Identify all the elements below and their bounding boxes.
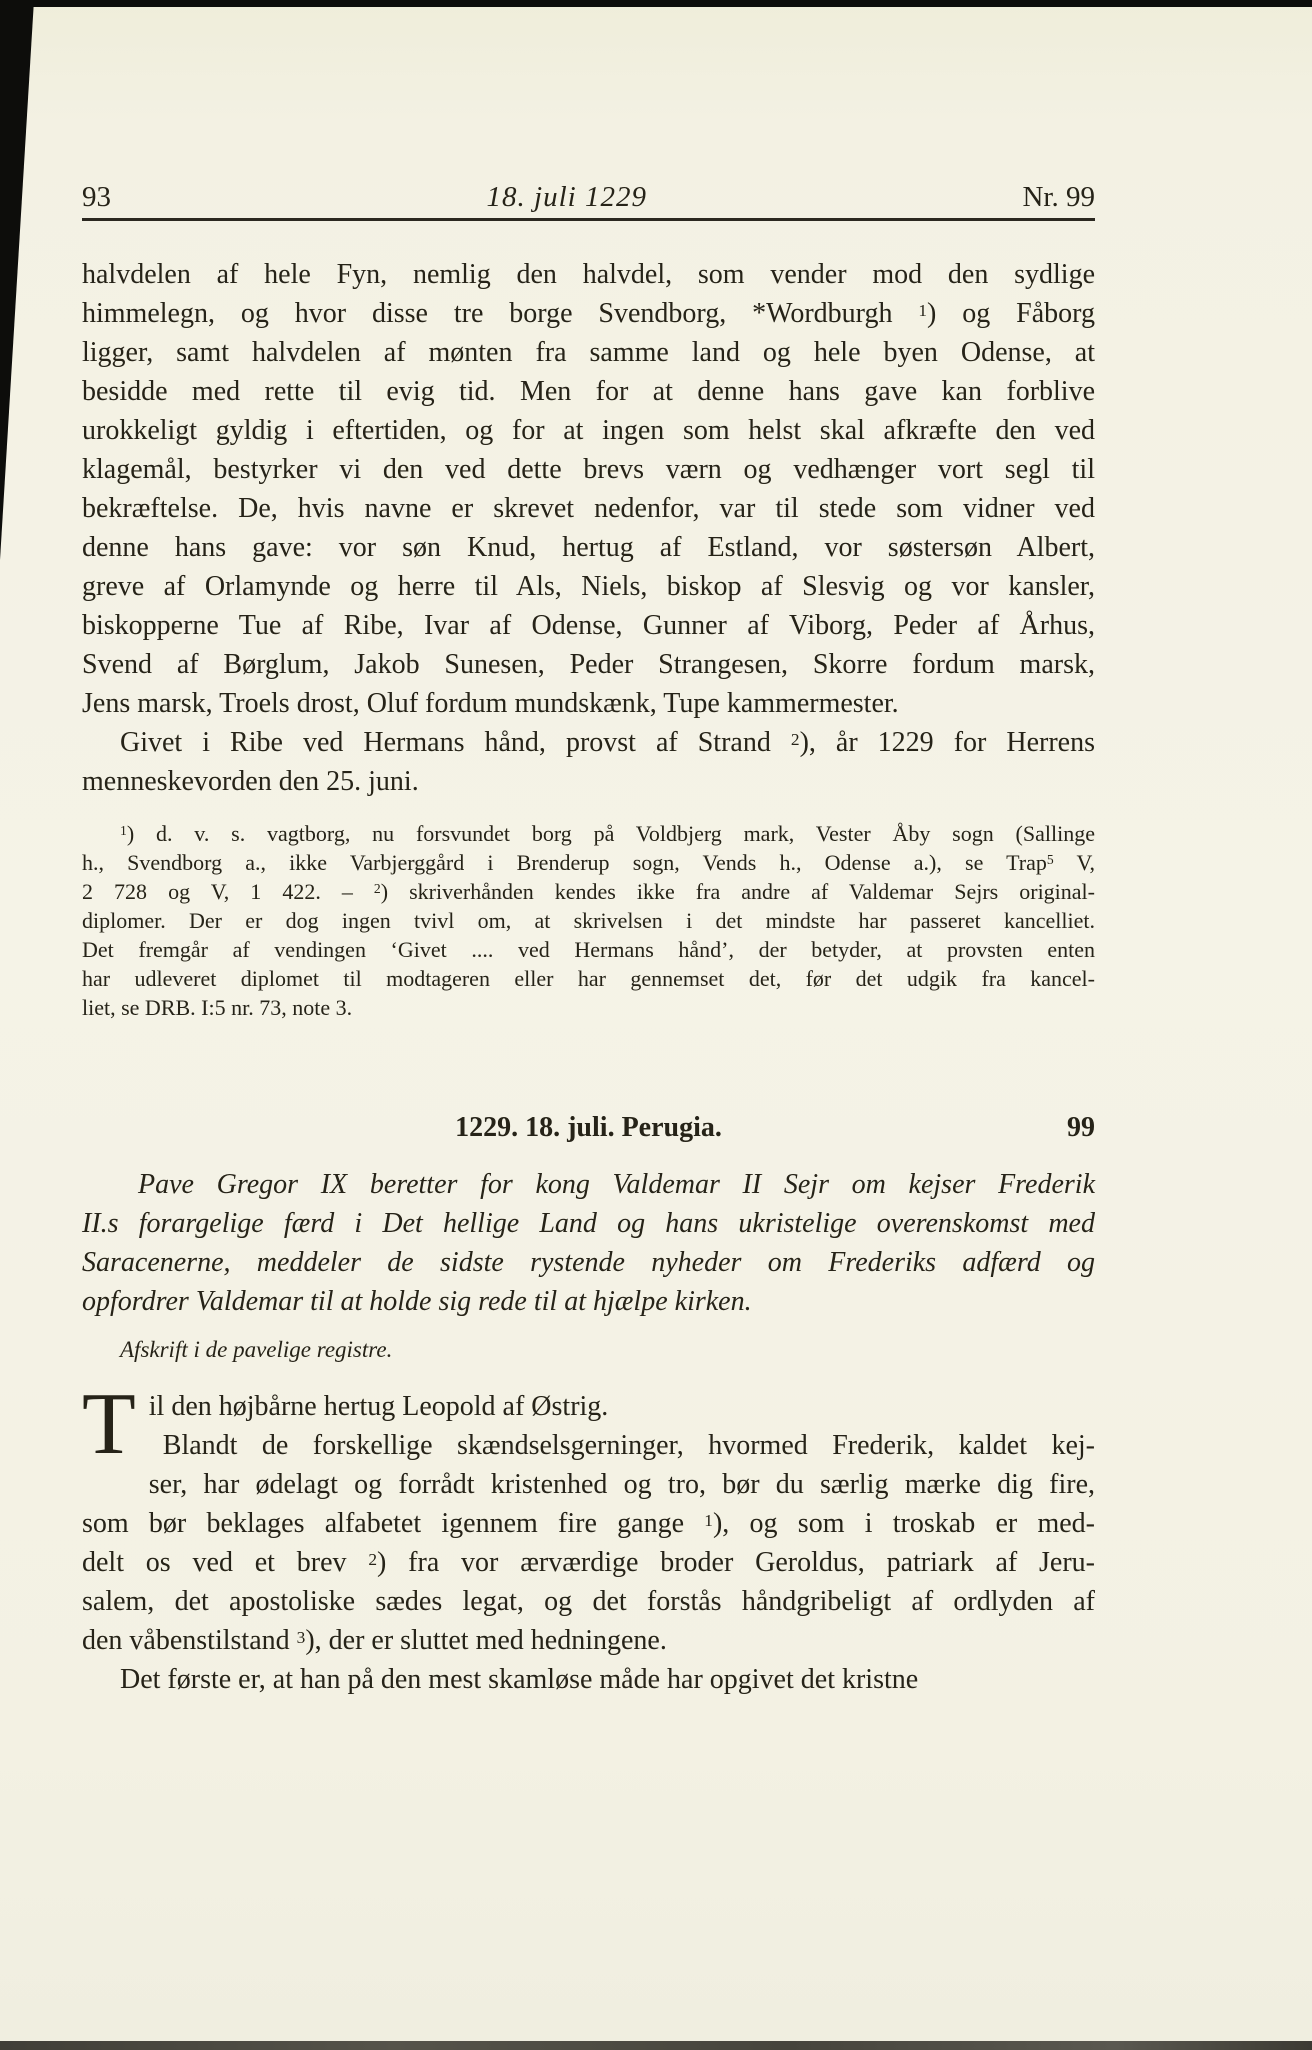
text-segment: Pave Gregor IX beretter for kong Valdema… (138, 1169, 1095, 1200)
text-segment: ), år 1229 for Herrens (800, 727, 1095, 758)
text-segment: ) fra vor ærværdige broder Geroldus, pat… (377, 1547, 1095, 1578)
text-line: 1) d. v. s. vagtborg, nu forsvundet borg… (82, 819, 1095, 848)
text-line: har udleveret diplomet til modtageren el… (82, 964, 1095, 993)
text-line: klagemål, bestyrker vi den ved dette bre… (82, 450, 1095, 489)
text-line: h., Svendborg a., ikke Varbjerggård i Br… (82, 848, 1095, 877)
header-date: 18. juli 1229 (487, 181, 647, 213)
text-line: salem, det apostoliske sædes legat, og d… (82, 1582, 1095, 1621)
footnote-marker: 2 (374, 881, 381, 896)
text-line: besidde med rette til evig tid. Men for … (82, 372, 1095, 411)
text-segment: ligger, samt halvdelen af mønten fra sam… (82, 337, 1095, 368)
text-segment: urokkeligt gyldig i eftertiden, og for a… (82, 415, 1095, 446)
text-segment: Det fremgår af vendingen ‘Givet .... ved… (82, 937, 1095, 962)
text-segment: liet, se DRB. I:5 nr. 73, note 3. (82, 995, 352, 1020)
text-segment: ), der er sluttet med hedningene. (305, 1625, 667, 1656)
text-segment: salem, det apostoliske sædes legat, og d… (82, 1586, 1095, 1617)
text-line: himmelegn, og hvor disse tre borge Svend… (82, 294, 1095, 333)
text-line: bekræftelse. De, hvis navne er skrevet n… (82, 489, 1095, 528)
text-segment: Saracenerne, meddeler de sidste rystende… (82, 1247, 1095, 1278)
text-line: som bør beklages alfabetet igennem fire … (82, 1504, 1095, 1543)
text-segment: himmelegn, og hvor disse tre borge Svend… (82, 298, 918, 329)
text-segment: greve af Orlamynde og herre til Als, Nie… (82, 571, 1095, 602)
text-segment: har udleveret diplomet til modtageren el… (82, 966, 1095, 991)
text-line: delt os ved et brev 2) fra vor ærværdige… (82, 1543, 1095, 1582)
text-segment: ) skriverhånden kendes ikke fra andre af… (381, 879, 1095, 904)
text-segment: denne hans gave: vor søn Knud, hertug af… (82, 532, 1095, 563)
footnote-marker: 5 (1047, 852, 1054, 867)
entry-99-number: 99 (1067, 1108, 1095, 1147)
scan-edge-top (0, 0, 1312, 7)
page-content: 93 18. juli 1229 Nr. 99 halvdelen af hel… (82, 181, 1095, 1699)
entry-98-dating: Givet i Ribe ved Hermans hånd, provst af… (82, 723, 1095, 801)
text-segment: delt os ved et brev (82, 1547, 368, 1578)
text-line: menneskevorden den 25. juni. (82, 762, 1095, 801)
text-line: denne hans gave: vor søn Knud, hertug af… (82, 528, 1095, 567)
text-segment: som bør beklages alfabetet igennem fire … (82, 1508, 704, 1539)
text-segment: Det første er, at han på den mest skamlø… (120, 1664, 918, 1695)
page-number: 93 (82, 181, 111, 213)
entry-99-source-note: Afskrift i de pavelige registre. (82, 1335, 1095, 1365)
text-line: urokkeligt gyldig i eftertiden, og for a… (82, 411, 1095, 450)
text-segment: biskopperne Tue af Ribe, Ivar af Odense,… (82, 610, 1095, 641)
text-segment: h., Svendborg a., ikke Varbjerggård i Br… (82, 850, 1047, 875)
text-line: Blandt de forskellige skændselsgerninger… (82, 1426, 1095, 1465)
text-segment: 2 728 og V, 1 422. – (82, 879, 374, 904)
text-segment: V, (1054, 850, 1095, 875)
footnote-marker: 2 (791, 730, 800, 749)
entry-99-summary: Pave Gregor IX beretter for kong Valdema… (82, 1165, 1095, 1321)
drop-cap: T (82, 1387, 149, 1467)
text-line: den våbenstilstand 3), der er sluttet me… (82, 1621, 1095, 1660)
text-line: opfordrer Valdemar til at holde sig rede… (82, 1282, 1095, 1321)
scan-edge-bottom (0, 2041, 1312, 2050)
letter-body-lines: ser, har ødelagt og forrådt kristenhed o… (82, 1465, 1095, 1699)
text-line: 2 728 og V, 1 422. – 2) skriverhånden ke… (82, 877, 1095, 906)
text-segment: il den højbårne hertug Leopold af Østrig… (149, 1391, 609, 1422)
text-segment: II.s forargelige færd i Det hellige Land… (82, 1208, 1095, 1239)
scan-edge-corner (0, 0, 34, 560)
text-segment: den våbenstilstand (82, 1625, 297, 1656)
entry-98-footnotes: 1) d. v. s. vagtborg, nu forsvundet borg… (82, 819, 1095, 1022)
text-line: Pave Gregor IX beretter for kong Valdema… (82, 1165, 1095, 1204)
text-line: diplomer. Der er dog ingen tvivl om, at … (82, 906, 1095, 935)
footnote-marker: 1 (918, 301, 927, 320)
text-line: liet, se DRB. I:5 nr. 73, note 3. (82, 993, 1095, 1022)
text-line: Det første er, at han på den mest skamlø… (82, 1660, 1095, 1699)
header-entry-number: Nr. 99 (1022, 181, 1095, 213)
entry-98-body: halvdelen af hele Fyn, nemlig den halvde… (82, 255, 1095, 723)
text-segment: ) d. v. s. vagtborg, nu forsvundet borg … (127, 821, 1095, 846)
text-line: biskopperne Tue af Ribe, Ivar af Odense,… (82, 606, 1095, 645)
text-line: il den højbårne hertug Leopold af Østrig… (82, 1387, 1095, 1426)
text-segment: ), og som i troskab er med- (713, 1508, 1095, 1539)
text-segment: opfordrer Valdemar til at holde sig rede… (82, 1286, 752, 1317)
text-segment: Svend af Børglum, Jakob Sunesen, Peder S… (82, 649, 1095, 680)
footnote-marker: 3 (297, 1628, 306, 1647)
text-line: ser, har ødelagt og forrådt kristenhed o… (82, 1465, 1095, 1504)
text-line: II.s forargelige færd i Det hellige Land… (82, 1204, 1095, 1243)
footnote-marker: 1 (120, 823, 127, 838)
text-segment: besidde med rette til evig tid. Men for … (82, 376, 1095, 407)
text-line: Givet i Ribe ved Hermans hånd, provst af… (82, 723, 1095, 762)
letter-opening-lines: il den højbårne hertug Leopold af Østrig… (82, 1387, 1095, 1465)
entry-99-letter: T il den højbårne hertug Leopold af Østr… (82, 1387, 1095, 1699)
footnote-marker: 1 (704, 1511, 713, 1530)
text-segment: diplomer. Der er dog ingen tvivl om, at … (82, 908, 1095, 933)
text-segment: Givet i Ribe ved Hermans hånd, provst af… (120, 727, 791, 758)
text-segment: Blandt de forskellige skændselsgerninger… (163, 1430, 1095, 1461)
text-segment: menneskevorden den 25. juni. (82, 766, 419, 797)
text-segment: klagemål, bestyrker vi den ved dette bre… (82, 454, 1095, 485)
text-segment: Jens marsk, Troels drost, Oluf fordum mu… (82, 688, 899, 719)
text-segment: bekræftelse. De, hvis navne er skrevet n… (82, 493, 1095, 524)
letter-opening: T il den højbårne hertug Leopold af Østr… (82, 1387, 1095, 1465)
text-line: greve af Orlamynde og herre til Als, Nie… (82, 567, 1095, 606)
entry-99-heading-text: 1229. 18. juli. Perugia. (455, 1112, 722, 1143)
text-line: Svend af Børglum, Jakob Sunesen, Peder S… (82, 645, 1095, 684)
text-segment: ser, har ødelagt og forrådt kristenhed o… (149, 1469, 1095, 1500)
page-header: 93 18. juli 1229 Nr. 99 (82, 181, 1095, 213)
header-rule (82, 218, 1095, 221)
text-line: ligger, samt halvdelen af mønten fra sam… (82, 333, 1095, 372)
book-page-scan: 93 18. juli 1229 Nr. 99 halvdelen af hel… (0, 0, 1312, 2050)
entry-99-heading: 1229. 18. juli. Perugia. 99 (82, 1108, 1095, 1147)
text-line: Jens marsk, Troels drost, Oluf fordum mu… (82, 684, 1095, 723)
text-segment: halvdelen af hele Fyn, nemlig den halvde… (82, 259, 1095, 290)
text-line: halvdelen af hele Fyn, nemlig den halvde… (82, 255, 1095, 294)
footnote-marker: 2 (368, 1550, 377, 1569)
text-line: Det fremgår af vendingen ‘Givet .... ved… (82, 935, 1095, 964)
text-segment: ) og Fåborg (927, 298, 1095, 329)
text-line: Saracenerne, meddeler de sidste rystende… (82, 1243, 1095, 1282)
